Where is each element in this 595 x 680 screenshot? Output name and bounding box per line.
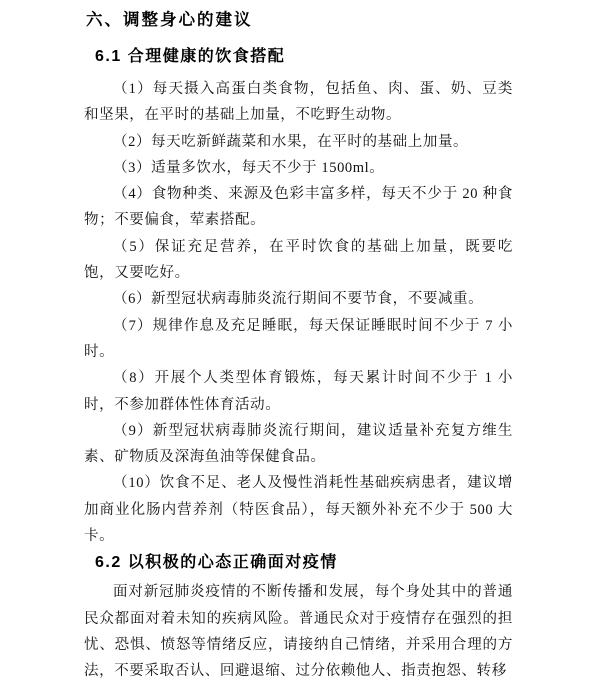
diet-item-2: （2）每天吃新鲜蔬菜和水果，在平时的基础上加量。 (84, 129, 513, 155)
diet-item-10: （10）饮食不足、老人及慢性消耗性基础疾病患者，建议增加商业化肠内营养剂（特医食… (84, 470, 513, 549)
diet-item-6: （6）新型冠状病毒肺炎流行期间不要节食，不要减重。 (84, 286, 513, 312)
chapter-heading: 六、调整身心的建议 (86, 10, 513, 30)
diet-item-7: （7）规律作息及充足睡眠，每天保证睡眠时间不少于 7 小时。 (84, 313, 513, 366)
diet-item-4: （4）食物种类、来源及色彩丰富多样，每天不少于 20 种食物；不要偏食，荤素搭配… (84, 181, 513, 234)
diet-item-5: （5）保证充足营养，在平时饮食的基础上加量，既要吃饱，又要吃好。 (84, 234, 513, 287)
diet-items-list: （1）每天摄入高蛋白类食物，包括鱼、肉、蛋、奶、豆类和坚果，在平时的基础上加量，… (84, 76, 513, 549)
document-page: 六、调整身心的建议 6.1 合理健康的饮食搭配 （1）每天摄入高蛋白类食物，包括… (0, 0, 595, 680)
mindset-paragraph-block: 面对新冠肺炎疫情的不断传播和发展，每个身处其中的普通民众都面对着未知的疾病风险。… (84, 579, 513, 680)
diet-item-9: （9）新型冠状病毒肺炎流行期间，建议适量补充复方维生素、矿物质及深海鱼油等保健食… (84, 418, 513, 471)
mindset-paragraph: 面对新冠肺炎疫情的不断传播和发展，每个身处其中的普通民众都面对着未知的疾病风险。… (84, 579, 513, 680)
diet-item-1: （1）每天摄入高蛋白类食物，包括鱼、肉、蛋、奶、豆类和坚果，在平时的基础上加量，… (84, 76, 513, 129)
subsection-heading-mindset: 6.2 以积极的心态正确面对疫情 (95, 553, 513, 573)
diet-item-3: （3）适量多饮水，每天不少于 1500ml。 (84, 155, 513, 181)
subsection-heading-diet: 6.1 合理健康的饮食搭配 (95, 47, 513, 67)
diet-item-8: （8）开展个人类型体育锻炼，每天累计时间不少于 1 小时，不参加群体性体育活动。 (84, 365, 513, 418)
